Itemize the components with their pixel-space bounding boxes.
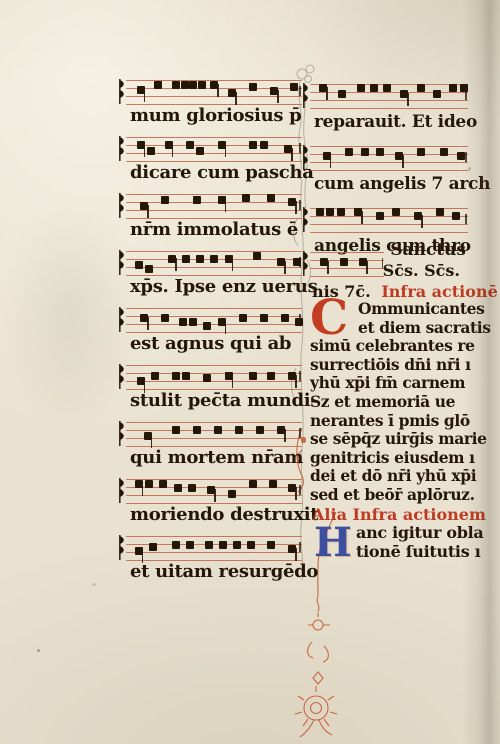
stave-line <box>126 365 302 366</box>
music-stave <box>126 477 302 505</box>
square-neume <box>189 81 197 89</box>
chant-lyric: dicare cum pascha <box>130 162 314 183</box>
music-stave <box>126 192 302 220</box>
stave-line <box>310 92 468 93</box>
square-neume <box>249 372 257 380</box>
square-neume <box>326 208 334 216</box>
square-neume <box>193 196 201 204</box>
neume-stem <box>295 548 297 561</box>
neume-stem <box>225 144 227 157</box>
music-line: stulit pec̄ta mundi- <box>126 361 302 418</box>
neume-stem <box>295 375 297 388</box>
square-neume <box>340 258 348 266</box>
square-neume <box>186 541 194 549</box>
square-neume <box>249 141 257 149</box>
music-stave <box>310 250 384 278</box>
music-stave <box>126 363 302 391</box>
stave-line <box>126 308 302 309</box>
square-neume <box>145 480 153 488</box>
chant-lyric: moriendo destruxit <box>130 504 318 525</box>
illuminated-initial-c: C <box>310 296 348 340</box>
neume-stem <box>147 205 149 218</box>
square-neume <box>449 84 457 92</box>
square-neume <box>203 374 211 382</box>
prayer-text-line: genitricis eiusdem ı <box>310 449 468 468</box>
music-line: est agnus qui ab <box>126 304 302 361</box>
sanctus-word: Sanctus <box>390 240 466 260</box>
stave-line <box>310 162 468 163</box>
stave-end-tick <box>299 542 301 552</box>
square-neume <box>267 541 275 549</box>
square-neume <box>345 148 353 156</box>
square-neume <box>189 318 197 326</box>
chant-lyric: reparauit. Et ideo <box>314 112 477 132</box>
stave-line <box>310 216 468 217</box>
square-neume <box>338 90 346 98</box>
right-music-lines: reparauit. Et ideocum angelis 7 archange… <box>310 76 468 262</box>
square-neume <box>392 208 400 216</box>
square-neume <box>233 541 241 549</box>
right-text-column: reparauit. Et ideocum angelis 7 archange… <box>310 76 468 262</box>
neume-stem <box>327 261 329 274</box>
square-neume <box>205 541 213 549</box>
square-neume <box>159 480 167 488</box>
neume-stem <box>277 90 279 103</box>
square-neume <box>337 208 345 216</box>
stave-line <box>126 381 302 382</box>
stave-line <box>310 232 468 233</box>
neume-stem <box>147 317 149 330</box>
square-neume <box>249 480 257 488</box>
neume-stem <box>421 215 423 228</box>
neume-stem <box>144 144 146 157</box>
square-neume <box>214 426 222 434</box>
neume-stem <box>232 258 234 271</box>
page-gutter-shadow <box>462 0 500 744</box>
neume-stem <box>144 89 146 102</box>
square-neume <box>219 541 227 549</box>
parchment-speck <box>37 649 40 652</box>
music-stave <box>310 206 468 234</box>
music-stave <box>126 249 302 277</box>
neume-stem <box>330 155 332 168</box>
square-neume <box>239 314 247 322</box>
neume-stem <box>225 199 227 212</box>
square-neume <box>203 322 211 330</box>
square-neume <box>242 194 250 202</box>
prayer-text-line: sed et beōr̄ aplōruz. <box>310 486 468 505</box>
square-neume <box>253 252 261 260</box>
square-neume <box>179 318 187 326</box>
square-neume <box>210 255 218 263</box>
neume-stem <box>361 211 363 224</box>
square-neume <box>281 314 289 322</box>
music-line: et uitam resurgēdo <box>126 532 302 589</box>
stave-line <box>310 224 468 225</box>
square-neume <box>198 81 206 89</box>
stave-line <box>126 202 302 203</box>
square-neume <box>172 372 180 380</box>
music-line: mum gloriosius p̄ <box>126 76 302 133</box>
neume-stem <box>291 148 293 161</box>
stave-line <box>126 536 302 537</box>
music-stave <box>126 78 302 106</box>
hanc-igitur-prayer: H anc igitur oblationē ſuitutis ı <box>310 523 468 561</box>
square-neume <box>161 314 169 322</box>
square-neume <box>145 265 153 273</box>
prayer-text-line: nerantes ī pmis glō <box>310 412 468 431</box>
music-line: qui mortem nr̄am <box>126 418 302 475</box>
neume-stem <box>217 84 219 97</box>
red-margin-mark <box>301 437 306 443</box>
square-neume <box>452 212 460 220</box>
square-neume <box>267 372 275 380</box>
square-neume <box>247 541 255 549</box>
sanctus-abbreviation: Sc̄s. Sc̄s. <box>383 261 460 280</box>
music-stave <box>310 144 468 172</box>
square-neume <box>267 194 275 202</box>
square-neume <box>182 255 190 263</box>
square-neume <box>376 212 384 220</box>
music-line: xp̄s. Ipse enz uerus <box>126 247 302 304</box>
neume-stem <box>235 92 237 105</box>
square-neume <box>370 84 378 92</box>
music-line: reparauit. Et ideo <box>310 76 468 138</box>
chant-lyric: nr̄m immolatus ē <box>130 219 298 240</box>
stave-end-tick <box>299 314 301 324</box>
square-neume <box>357 84 365 92</box>
stave-line <box>126 251 302 252</box>
stave-line <box>126 422 302 423</box>
square-neume <box>186 141 194 149</box>
illuminated-initial-h: H <box>314 523 352 563</box>
square-neume <box>196 147 204 155</box>
square-neume <box>154 81 162 89</box>
square-neume <box>174 484 182 492</box>
neume-stem <box>214 489 216 502</box>
parchment-speck <box>92 583 96 586</box>
square-neume <box>440 148 448 156</box>
prayer-text-line: se sēpq̄z uirḡis marie <box>310 430 468 449</box>
stave-line <box>126 324 302 325</box>
stave-line <box>126 552 302 553</box>
square-neume <box>249 83 257 91</box>
stave-line <box>310 108 468 109</box>
neume-stem <box>295 201 297 214</box>
prayer-text-line: surrectiōis dn̄i nr̄i ı <box>310 356 468 375</box>
stave-line <box>310 170 468 171</box>
square-neume <box>135 261 143 269</box>
square-neume <box>172 426 180 434</box>
communicantes-prayer: C Ommunicanteset diem sacratissimū celeb… <box>310 300 468 505</box>
stave-line <box>310 276 384 277</box>
chant-lyric: mum gloriosius p̄ <box>130 105 301 126</box>
square-neume <box>256 426 264 434</box>
chant-lyric: et uitam resurgēdo <box>130 561 318 582</box>
square-neume <box>196 255 204 263</box>
neume-stem <box>284 429 286 442</box>
music-line: moriendo destruxit <box>126 475 302 532</box>
music-stave <box>126 534 302 562</box>
square-neume <box>149 543 157 551</box>
square-neume <box>269 480 277 488</box>
stave-line <box>126 210 302 211</box>
square-neume <box>361 148 369 156</box>
music-stave <box>126 306 302 334</box>
music-stave <box>310 82 468 110</box>
neume-stem <box>402 155 404 168</box>
left-text-column: mum gloriosius p̄dicare cum paschanr̄m i… <box>126 76 302 589</box>
square-neume <box>383 84 391 92</box>
music-line: dicare cum pascha <box>126 133 302 190</box>
square-neume <box>172 541 180 549</box>
stave-line <box>310 268 384 269</box>
chant-lyric: qui mortem nr̄am <box>130 447 303 468</box>
square-neume <box>290 83 298 91</box>
chant-lyric: stulit pec̄ta mundi- <box>130 390 317 411</box>
square-neume <box>161 196 169 204</box>
square-neume <box>172 81 180 89</box>
music-stave <box>126 135 302 163</box>
music-stave <box>126 420 302 448</box>
neume-stem <box>172 144 174 157</box>
square-neume <box>193 426 201 434</box>
square-neume <box>376 148 384 156</box>
square-neume <box>151 372 159 380</box>
neume-stem <box>232 375 234 388</box>
square-neume <box>316 208 324 216</box>
stave-line <box>126 438 302 439</box>
stave-line <box>126 137 302 138</box>
prayer-text-line: yhū xp̄i fm̄ carnem <box>310 374 468 393</box>
neume-stem <box>175 258 177 271</box>
square-neume <box>181 81 189 89</box>
neume-stem <box>407 93 409 106</box>
square-neume <box>188 484 196 492</box>
manuscript-page: mum gloriosius p̄dicare cum paschanr̄m i… <box>0 0 500 744</box>
stave-line <box>310 100 468 101</box>
square-neume <box>147 147 155 155</box>
neume-stem <box>142 483 144 496</box>
neume-stem <box>284 261 286 274</box>
square-neume <box>182 372 190 380</box>
stave-line <box>126 194 302 195</box>
chant-lyric: est agnus qui ab <box>130 333 291 354</box>
stave-end-tick <box>299 485 301 495</box>
music-line: cum angelis 7 arch <box>310 138 468 200</box>
neume-stem <box>326 87 328 100</box>
square-neume <box>417 84 425 92</box>
square-neume <box>235 426 243 434</box>
neume-stem <box>295 487 297 500</box>
stave-line <box>126 316 302 317</box>
neume-stem <box>366 261 368 274</box>
square-neume <box>260 141 268 149</box>
square-neume <box>228 490 236 498</box>
stave-end-tick <box>299 371 301 381</box>
square-neume <box>260 314 268 322</box>
stave-line <box>126 96 302 97</box>
stave-line <box>310 252 384 253</box>
square-neume <box>436 208 444 216</box>
prayer-text-line: Sz et memoriā ue <box>310 393 468 412</box>
prayer-text-line: dei et dō nr̄i yhū xp̄i <box>310 467 468 486</box>
square-neume <box>417 148 425 156</box>
chant-lyric: xp̄s. Ipse enz uerus <box>130 276 317 297</box>
music-line: nr̄m immolatus ē <box>126 190 302 247</box>
square-neume <box>433 90 441 98</box>
